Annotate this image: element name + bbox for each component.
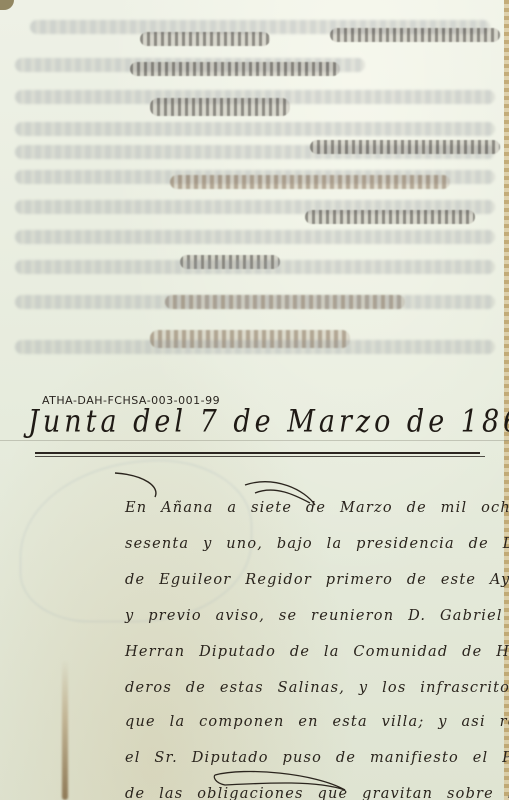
body-line: el Sr. Diputado puso de manifiesto el Pr… xyxy=(125,750,505,766)
corner-stain xyxy=(0,0,14,10)
faded-illegible-text xyxy=(10,10,500,370)
body-line: En Añana a siete de Marzo de mil ocho ci… xyxy=(125,500,505,516)
page-heading: Junta del 7 de Marzo de 1861 xyxy=(28,404,458,440)
closing-flourish xyxy=(205,765,355,800)
body-line: y previo aviso, se reunieron D. Gabriel … xyxy=(125,608,505,624)
body-line: deros de estas Salinas, y los infrascrit… xyxy=(125,680,505,696)
document-page: ATHA-DAH-FCHSA-003-001-99 Junta del 7 de… xyxy=(0,0,509,800)
water-stain xyxy=(62,660,68,800)
body-line: que la componen en esta villa; y asi reu… xyxy=(125,714,505,730)
body-line: Herran Diputado de la Comunidad de Here- xyxy=(125,644,505,660)
heading-underline-double xyxy=(35,456,485,457)
heading-underline xyxy=(35,452,480,454)
body-line: de Eguileor Regidor primero de este Ayun… xyxy=(125,572,505,588)
body-line: sesenta y uno, bajo la presidencia de D.… xyxy=(125,536,505,552)
divider xyxy=(0,440,509,441)
